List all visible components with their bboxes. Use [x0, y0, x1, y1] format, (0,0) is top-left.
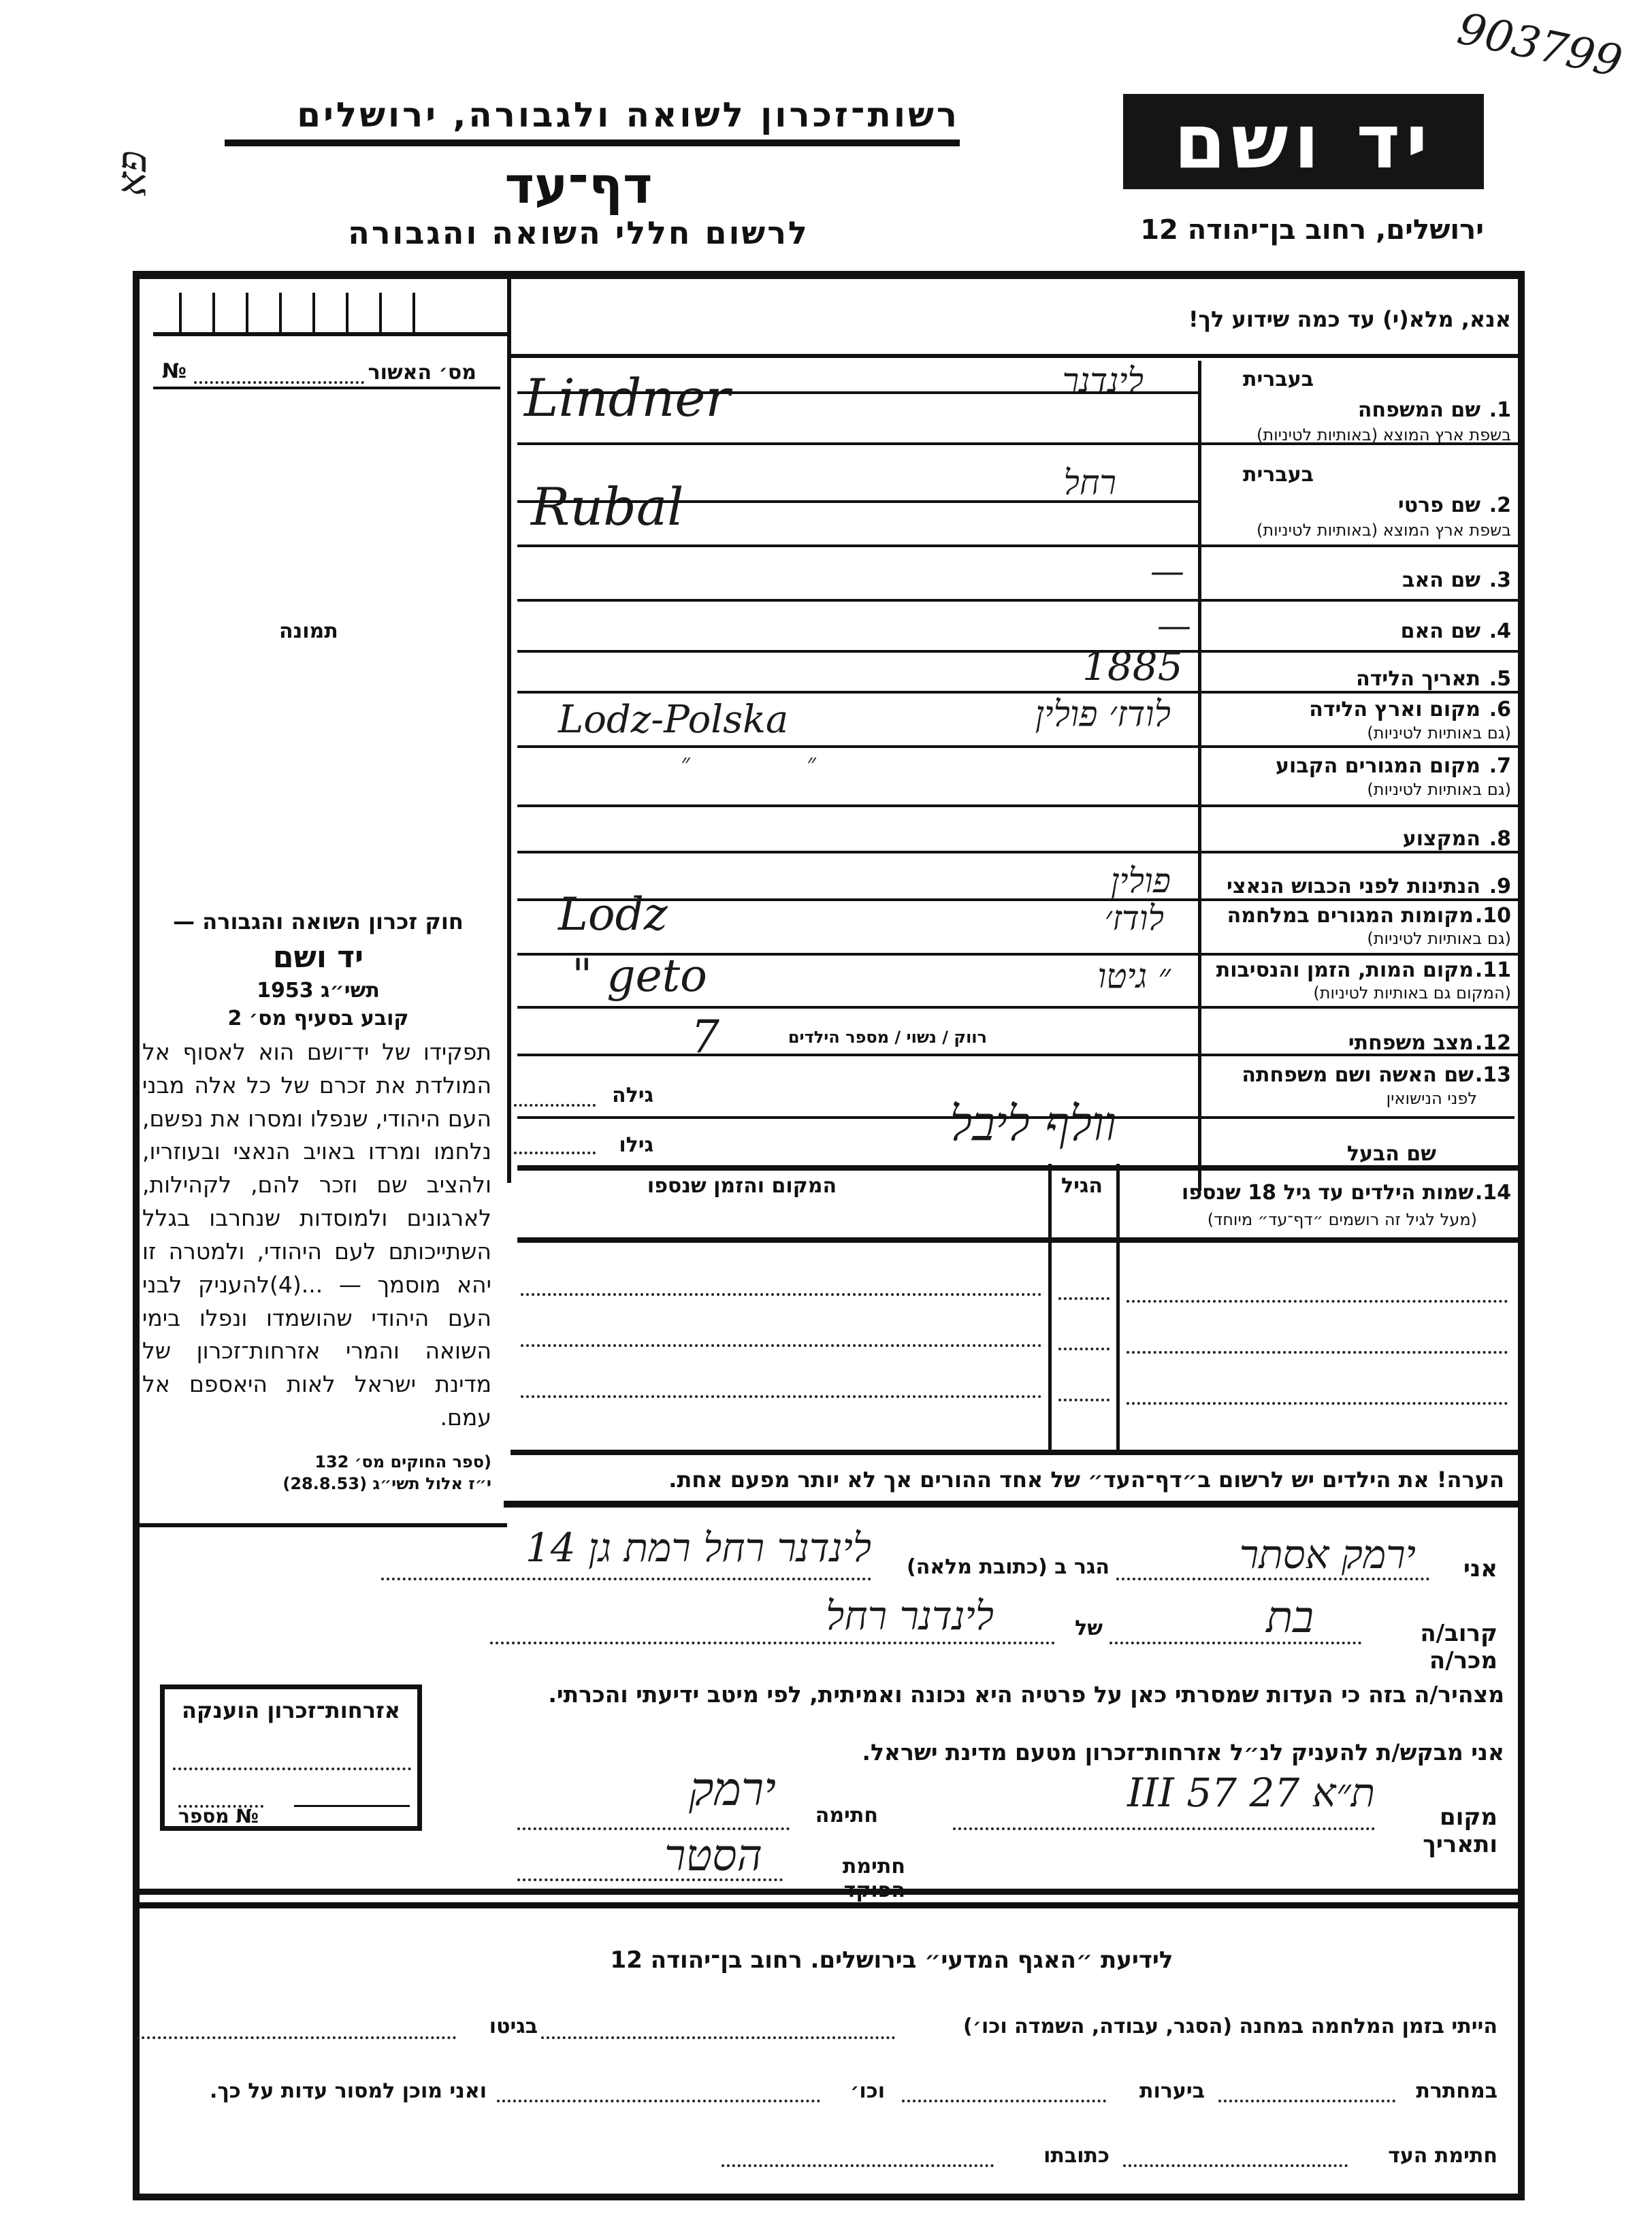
rule: [517, 650, 1518, 653]
other-field[interactable]: [497, 2100, 820, 2102]
place-date-value[interactable]: ת״א 27 III 57: [967, 1770, 1375, 1816]
rule: [517, 804, 1518, 807]
law-citation-2: י״ז אלול תשי״ג (28.8.53): [133, 1471, 504, 1493]
field-number: 3.: [1484, 568, 1511, 592]
victim-name-value[interactable]: לינדנר רחל: [613, 1593, 994, 1639]
field-label-marital-status: מצב משפחתי: [1293, 1031, 1474, 1055]
law-year: תשי״ג 1953: [133, 979, 504, 1003]
declarant-name-value[interactable]: ירמק אסתר: [1157, 1531, 1416, 1578]
child-name-field[interactable]: [1127, 1351, 1508, 1354]
approval-label: מס׳ האשור: [368, 361, 476, 385]
field-label-family-name: שם המשפחה: [1327, 398, 1480, 422]
field-number: 14.: [1477, 1181, 1511, 1205]
relation-label: קרוב/ה מכר/ה: [1368, 1620, 1497, 1674]
footer-title: לידיעת ״האגף המדעי״ בירושלים. רחוב בן־יה…: [531, 1947, 1252, 1974]
field-number: 8.: [1484, 827, 1511, 851]
camp-label: הייתי בזמן המלחמה במחנה (הסגר, עבודה, הש…: [912, 2015, 1497, 2038]
field-number: 4.: [1484, 619, 1511, 643]
divider: [507, 354, 1521, 358]
family-name-latin-value[interactable]: Lindner: [524, 368, 730, 428]
archive-number: 903799: [1453, 3, 1626, 87]
child-age-field[interactable]: [1058, 1297, 1110, 1300]
rule: [517, 391, 1198, 394]
her-age-label: גילה: [599, 1084, 653, 1107]
authority-title: רשות־זכרון לשואה ולגבורה, ירושלים: [225, 95, 960, 135]
field-label-birth-date: תאריך הלידה: [1327, 667, 1480, 691]
field-sublabel: (גם באותיות לטיניות): [1205, 929, 1511, 948]
field-sublabel: (גם באותיות לטיניות): [1205, 780, 1511, 799]
divider: [140, 1902, 1521, 1908]
rule: [517, 1006, 1518, 1009]
divider: [504, 1501, 1518, 1508]
field-sublabel: בשפת ארץ המוצא (באותיות לטיניות): [1205, 425, 1511, 444]
birth-place-hebrew-value[interactable]: לודז׳ פולין: [939, 694, 1171, 735]
divider: [153, 332, 507, 336]
rule: [1201, 1116, 1515, 1119]
her-age-field[interactable]: [514, 1104, 596, 1107]
field-label-birth-place: מקום וארץ הלידה: [1225, 698, 1480, 721]
rule: [517, 442, 1518, 445]
rule: [517, 1165, 1518, 1171]
child-name-field[interactable]: [1127, 1402, 1508, 1405]
children-sublabel: (מעל לגיל זה רושמים ״דף־עד״ מיוחד): [1123, 1210, 1477, 1229]
father-name-value[interactable]: —: [1150, 551, 1184, 591]
relation-value[interactable]: בת: [1157, 1593, 1314, 1643]
field-label-death-place: מקום המות, הזמן והנסיבות: [1205, 958, 1474, 982]
field-label-profession: המקצוע: [1327, 827, 1480, 851]
field-label-permanent-residence: מקום המגורים הקבוע: [1225, 754, 1480, 778]
marital-status-options: רווק / נשוי / מספר הילדים: [701, 1028, 987, 1047]
mother-name-value[interactable]: —: [1157, 606, 1191, 645]
hebrew-tag: בעברית: [1212, 463, 1314, 487]
field-number: 9.: [1484, 875, 1511, 898]
field-label-mother-name: שם האם: [1327, 619, 1480, 643]
rule: [517, 1116, 1198, 1119]
family-name-hebrew-value[interactable]: לינדנר: [987, 361, 1144, 400]
citizenship-request: אני מבקש/ת להעניק לנ״ל אזרחות־זכרון מטעם…: [490, 1739, 1504, 1765]
field-sublabel: לפני הנישואין: [1205, 1089, 1477, 1108]
photo-label: תמונה: [279, 619, 338, 643]
underground-field[interactable]: [1218, 2100, 1395, 2102]
field-number: 7.: [1484, 754, 1511, 778]
etc-label: וכו׳: [830, 2079, 885, 2103]
field-number: 2.: [1484, 493, 1511, 517]
field-sublabel: (גם באותיות לטיניות): [1205, 723, 1511, 743]
field-number: 13.: [1477, 1063, 1511, 1087]
law-body: תפקידו של יד־ושם הוא לאסוף אל המולדת את …: [133, 1030, 504, 1435]
place-date-line: [953, 1827, 1375, 1830]
of-line: [490, 1642, 1055, 1644]
of-label: של: [1062, 1616, 1103, 1640]
nationality-value[interactable]: פולין: [1021, 861, 1171, 900]
rule: [517, 1054, 1518, 1056]
law-title: חוק זכרון השואה והגבורה —: [133, 909, 504, 934]
field-sublabel: (המקום גם באותיות לטיניות): [1205, 983, 1511, 1003]
divider: [153, 387, 500, 389]
witness-signature-field[interactable]: [1123, 2164, 1348, 2167]
form-subtitle: לרשום חללי השואה והגבורה: [306, 214, 851, 251]
column-divider: [507, 278, 511, 1183]
field-number: 11.: [1477, 958, 1511, 982]
rule: [517, 745, 1518, 748]
label-column-divider: [1198, 361, 1201, 1191]
witness-address-label: כתובתו: [1007, 2144, 1110, 2168]
field-label-nationality: הנתינות לפני הכבוש הנאצי: [1212, 875, 1480, 898]
declarant-address-value[interactable]: לינדנר רחל רמת גן 14: [368, 1525, 871, 1571]
place-column-header: המקום והזמן שנספו: [585, 1174, 898, 1198]
testimony-willingness: ואני מוכן למסור עדות על כך.: [140, 2079, 487, 2103]
wife-name-value[interactable]: וולף ליבל: [735, 1096, 1116, 1152]
registration-note: הערה! את הילדים יש לרשום ב״דף־העד״ של אח…: [517, 1467, 1504, 1493]
title-underline: [225, 140, 960, 146]
first-name-latin-value[interactable]: Rubal: [531, 476, 683, 537]
rule: [517, 691, 1518, 694]
camp-field[interactable]: [541, 2036, 895, 2039]
form-title: דף־עד: [408, 157, 749, 215]
child-place-field[interactable]: [521, 1293, 1041, 1296]
children-label: שמות הילדים עד גיל 18 שנספו: [1130, 1181, 1474, 1205]
death-place-latin-value[interactable]: " geto: [572, 949, 707, 1002]
citizenship-box: אזרחות־זכרון הוענקה מספר №: [160, 1684, 422, 1831]
field-number: 5.: [1484, 667, 1511, 691]
field-label-first-name: שם פרטי: [1327, 493, 1480, 517]
his-age-label: גילו: [599, 1133, 653, 1157]
witness-address-field[interactable]: [722, 2164, 994, 2167]
underground-label: במחתרת: [1402, 2079, 1497, 2103]
field-number: 6.: [1484, 698, 1511, 721]
signature-line: [517, 1827, 790, 1830]
signature-label: חתימה: [803, 1804, 878, 1827]
wartime-residence-latin-value[interactable]: Lodz: [558, 888, 668, 941]
rule: [517, 599, 1518, 602]
child-age-field[interactable]: [1058, 1399, 1110, 1401]
child-place-field[interactable]: [521, 1395, 1041, 1398]
field-label-wife-name: שם האשה ושם משפחתה: [1212, 1063, 1474, 1087]
field-number: 1.: [1484, 398, 1511, 422]
forests-label: ביערות: [1116, 2079, 1205, 2103]
marginal-note: פא: [108, 150, 156, 196]
intro-instruction: אנא, מלא(י) עד כמה שידוע לך!: [681, 306, 1511, 332]
field-label-husband-name: שם הבעל: [1327, 1142, 1436, 1166]
field-label-wartime-residence: מקומות המגורים במלחמה: [1212, 904, 1474, 928]
declarant-signature[interactable]: ירמק: [545, 1763, 776, 1817]
field-number: 10.: [1477, 904, 1511, 928]
permanent-residence-value[interactable]: ״ ״: [681, 749, 871, 777]
birth-date-value[interactable]: 1885: [1082, 643, 1183, 689]
field-label-father-name: שם האב: [1327, 568, 1480, 592]
law-box: חוק זכרון השואה והגבורה — יד ושם תשי״ג 1…: [133, 909, 504, 1493]
divider: [140, 1889, 1521, 1895]
witness-signature-label: חתימת העד: [1361, 2144, 1497, 2168]
approval-number-field[interactable]: [194, 381, 364, 384]
officer-signature-label: חתימת הפוקד: [790, 1855, 905, 1902]
citizenship-number-label: מספר №: [178, 1805, 259, 1827]
law-clause: קובע בסעיף מס׳ 2: [133, 1007, 504, 1030]
address-label: הגר ב (כתובת מלאה): [878, 1555, 1110, 1579]
yad-vashem-logo: יד ושם: [1123, 94, 1484, 189]
citizenship-box-title: אזרחות־זכרון הוענקה: [165, 1697, 417, 1723]
his-age-field[interactable]: [514, 1152, 596, 1154]
rule: [517, 544, 1518, 547]
child-age-field[interactable]: [1058, 1348, 1110, 1350]
declarant-name-line: [1116, 1578, 1429, 1580]
field-sublabel: בשפת ארץ המוצא (באותיות לטיניות): [1205, 521, 1511, 540]
address-line: [381, 1578, 871, 1580]
declarant-label: אני: [1443, 1555, 1497, 1582]
rule: [517, 851, 1518, 853]
citizenship-field[interactable]: [173, 1768, 411, 1770]
declaration-statement: מצהיר/ה בזה כי העדות שמסרתי כאן על פרטיה…: [490, 1681, 1504, 1708]
officer-signature[interactable]: הסטר: [545, 1831, 762, 1881]
place-date-label: מקום ותאריך: [1382, 1804, 1497, 1858]
child-name-field[interactable]: [1127, 1300, 1508, 1303]
number-sign: №: [162, 359, 187, 383]
child-place-field[interactable]: [521, 1344, 1041, 1347]
law-name: יד ושם: [133, 940, 504, 975]
rule: [517, 500, 1198, 503]
wartime-residence-hebrew-value[interactable]: לודז׳: [1007, 898, 1164, 938]
ghetto-field[interactable]: [136, 2036, 456, 2039]
law-citation-1: (ספר החוקים מס׳ 132: [133, 1435, 504, 1471]
field-number: 12.: [1477, 1031, 1511, 1055]
ghetto-label: בגיטו: [470, 2015, 538, 2038]
death-place-hebrew-value[interactable]: ״ גיטו: [1007, 956, 1171, 996]
hebrew-tag: בעברית: [1212, 368, 1314, 391]
first-name-hebrew-value[interactable]: רחל: [1021, 463, 1116, 502]
birth-place-latin-value[interactable]: Lodz-Polska: [558, 698, 788, 742]
forests-field[interactable]: [902, 2100, 1106, 2102]
address-line: ירושלים, רחוב בן־יהודה 12: [1123, 214, 1484, 246]
